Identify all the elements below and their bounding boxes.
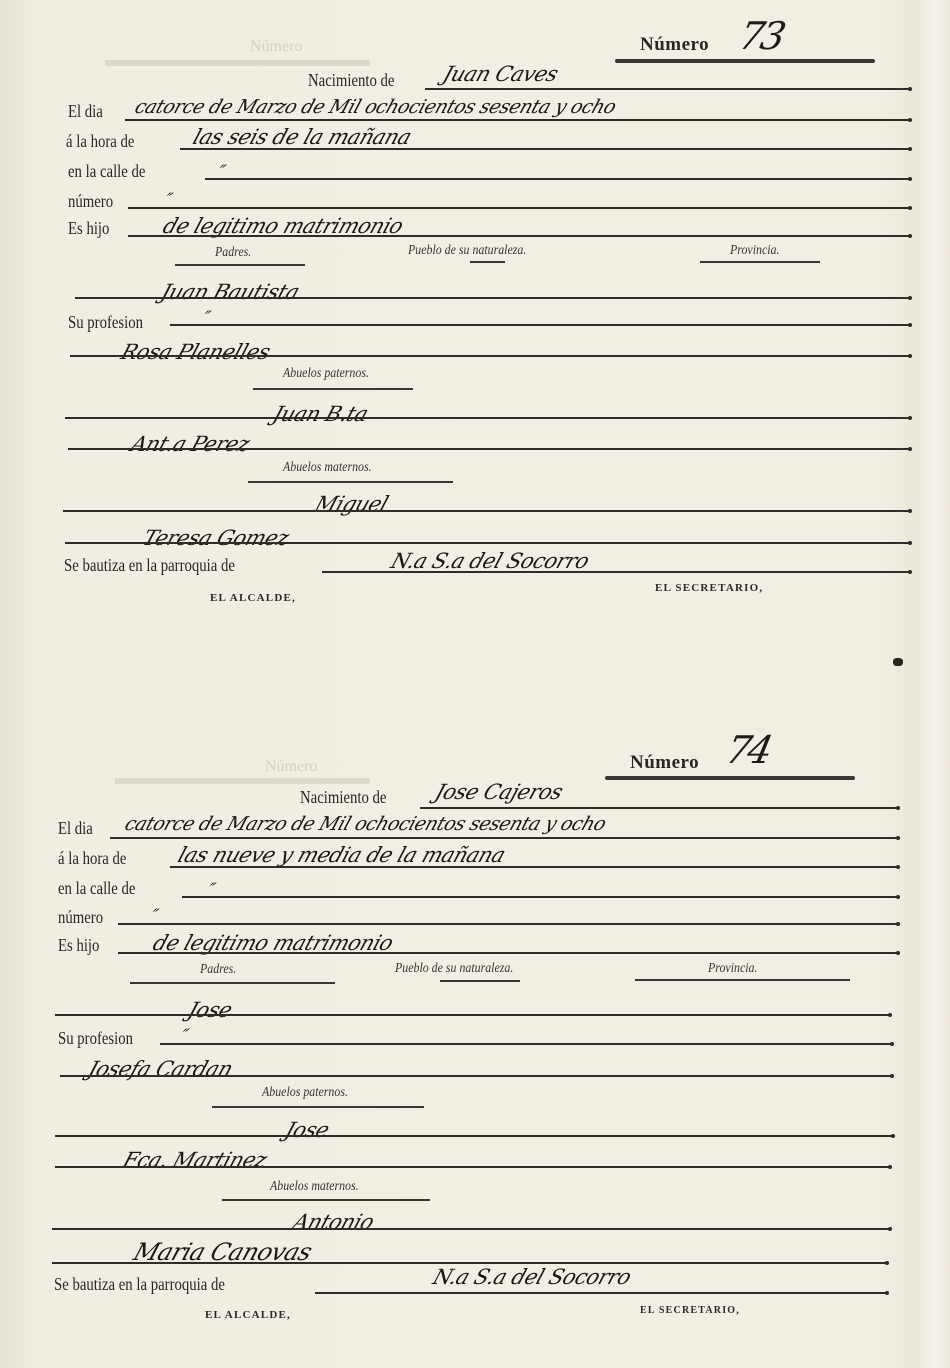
- ink-blot: [893, 658, 903, 666]
- child-name: Juan Caves: [440, 62, 561, 86]
- maternal-grandfather: Antonio: [290, 1210, 377, 1234]
- abuelos-maternos-label: Abuelos maternos.: [270, 1179, 359, 1195]
- es-hijo-label: Es hijo: [58, 935, 99, 956]
- abuelos-paternos-underline: [253, 388, 413, 390]
- birth-date: catorce de Marzo de Mil ochocientos sese…: [132, 96, 619, 118]
- child-name: Jose Cajeros: [432, 780, 566, 804]
- numero-underline: [615, 59, 875, 63]
- padres-underline: [130, 982, 335, 984]
- alcalde-signature-label: EL ALCALDE,: [210, 592, 296, 604]
- bleed-through-numero-2: Número: [265, 758, 317, 776]
- line-madre: [60, 1075, 892, 1077]
- birth-time: las nueve y media de la mañana: [175, 843, 508, 867]
- padres-label: Padres.: [215, 245, 251, 261]
- line-es-hijo: [128, 235, 910, 237]
- bleed-through-numero: Número: [250, 38, 302, 56]
- mother-name: Rosa Planelles: [118, 340, 273, 364]
- register-page: Número Número Número 73 Nacimiento de Ju…: [0, 0, 950, 1368]
- secretario-signature-label: EL SECRETARIO,: [640, 1305, 740, 1316]
- parish: N.a S.a del Socorro: [388, 549, 592, 573]
- line-abuelo-paterno: [55, 1135, 893, 1137]
- birth-time: las seis de la mañana: [190, 125, 414, 149]
- abuelos-maternos-label: Abuelos maternos.: [283, 460, 372, 476]
- line-abuela-paterna: [55, 1166, 890, 1168]
- father-name: Juan Bautista: [158, 280, 302, 304]
- hora-label: á la hora de: [66, 131, 134, 152]
- line-padre: [55, 1014, 890, 1016]
- line-nacimiento: [420, 807, 898, 809]
- line-abuelo-paterno: [65, 417, 910, 419]
- calle-label: en la calle de: [58, 878, 135, 899]
- abuelos-paternos-label: Abuelos paternos.: [283, 366, 369, 382]
- line-dia: [125, 119, 910, 121]
- entry-number: 74: [722, 728, 774, 772]
- line-profesion: [160, 1043, 892, 1045]
- bleed-through-rule: [105, 60, 370, 66]
- numero-casa-label: número: [58, 907, 103, 928]
- pueblo-underline: [470, 261, 505, 263]
- profesion-label: Su profesion: [58, 1028, 133, 1049]
- es-hijo-label: Es hijo: [68, 218, 109, 239]
- line-parroquia: [322, 571, 910, 573]
- provincia-underline: [700, 261, 820, 263]
- line-abuelo-materno: [52, 1228, 890, 1230]
- paternal-grandfather: Jose: [282, 1118, 332, 1142]
- abuelos-paternos-label: Abuelos paternos.: [262, 1085, 348, 1101]
- line-numero: [118, 923, 898, 925]
- maternal-grandfather: Miguel: [312, 492, 391, 516]
- line-abuelo-materno: [63, 510, 910, 512]
- pueblo-label: Pueblo de su naturaleza.: [395, 961, 513, 977]
- line-madre: [70, 355, 910, 357]
- line-dia: [110, 837, 898, 839]
- line-abuela-paterna: [68, 448, 910, 450]
- line-calle: [205, 178, 910, 180]
- maternal-grandmother: Teresa Gomez: [140, 526, 292, 550]
- line-abuela-materna: [65, 542, 910, 544]
- dia-label: El dia: [58, 818, 93, 839]
- birth-date: catorce de Marzo de Mil ochocientos sese…: [122, 813, 609, 835]
- bleed-through-rule-2: [115, 778, 370, 784]
- line-parroquia: [315, 1292, 887, 1294]
- nacimiento-label: Nacimiento de: [308, 70, 394, 91]
- line-padre: [75, 297, 910, 299]
- bautiza-label: Se bautiza en la parroquia de: [64, 555, 235, 576]
- numero-label: Número: [640, 34, 709, 56]
- hora-label: á la hora de: [58, 848, 126, 869]
- bautiza-label: Se bautiza en la parroquia de: [54, 1274, 225, 1295]
- line-hora: [170, 866, 898, 868]
- nacimiento-label: Nacimiento de: [300, 787, 386, 808]
- abuelos-paternos-underline: [212, 1106, 424, 1108]
- dia-label: El dia: [68, 101, 103, 122]
- paternal-grandfather: Juan B.ta: [270, 402, 371, 426]
- provincia-label: Provincia.: [730, 243, 779, 259]
- numero-underline: [605, 776, 855, 780]
- paternal-grandmother: Ant.a Perez: [128, 432, 252, 456]
- line-profesion: [170, 324, 910, 326]
- provincia-underline: [635, 979, 850, 981]
- father-name: Jose: [185, 998, 235, 1022]
- padres-label: Padres.: [200, 962, 236, 978]
- entry-number: 73: [735, 14, 787, 58]
- parish: N.a S.a del Socorro: [430, 1265, 634, 1289]
- line-es-hijo: [118, 952, 898, 954]
- secretario-signature-label: EL SECRETARIO,: [655, 582, 763, 594]
- paternal-grandmother: Fca. Martinez: [120, 1148, 270, 1172]
- line-abuela-materna: [52, 1262, 887, 1264]
- pueblo-underline: [440, 980, 520, 982]
- provincia-label: Provincia.: [708, 961, 757, 977]
- line-numero: [128, 207, 910, 209]
- abuelos-maternos-underline: [222, 1199, 430, 1201]
- alcalde-signature-label: EL ALCALDE,: [205, 1309, 291, 1321]
- mother-name: Josefa Cardan: [85, 1057, 236, 1081]
- padres-underline: [175, 264, 305, 266]
- calle-label: en la calle de: [68, 161, 145, 182]
- numero-casa-label: número: [68, 191, 113, 212]
- numero-label: Número: [630, 752, 699, 774]
- line-nacimiento: [425, 88, 910, 90]
- line-calle: [182, 896, 898, 898]
- pueblo-label: Pueblo de su naturaleza.: [408, 243, 526, 259]
- line-hora: [180, 148, 910, 150]
- abuelos-maternos-underline: [248, 481, 453, 483]
- profesion-label: Su profesion: [68, 312, 143, 333]
